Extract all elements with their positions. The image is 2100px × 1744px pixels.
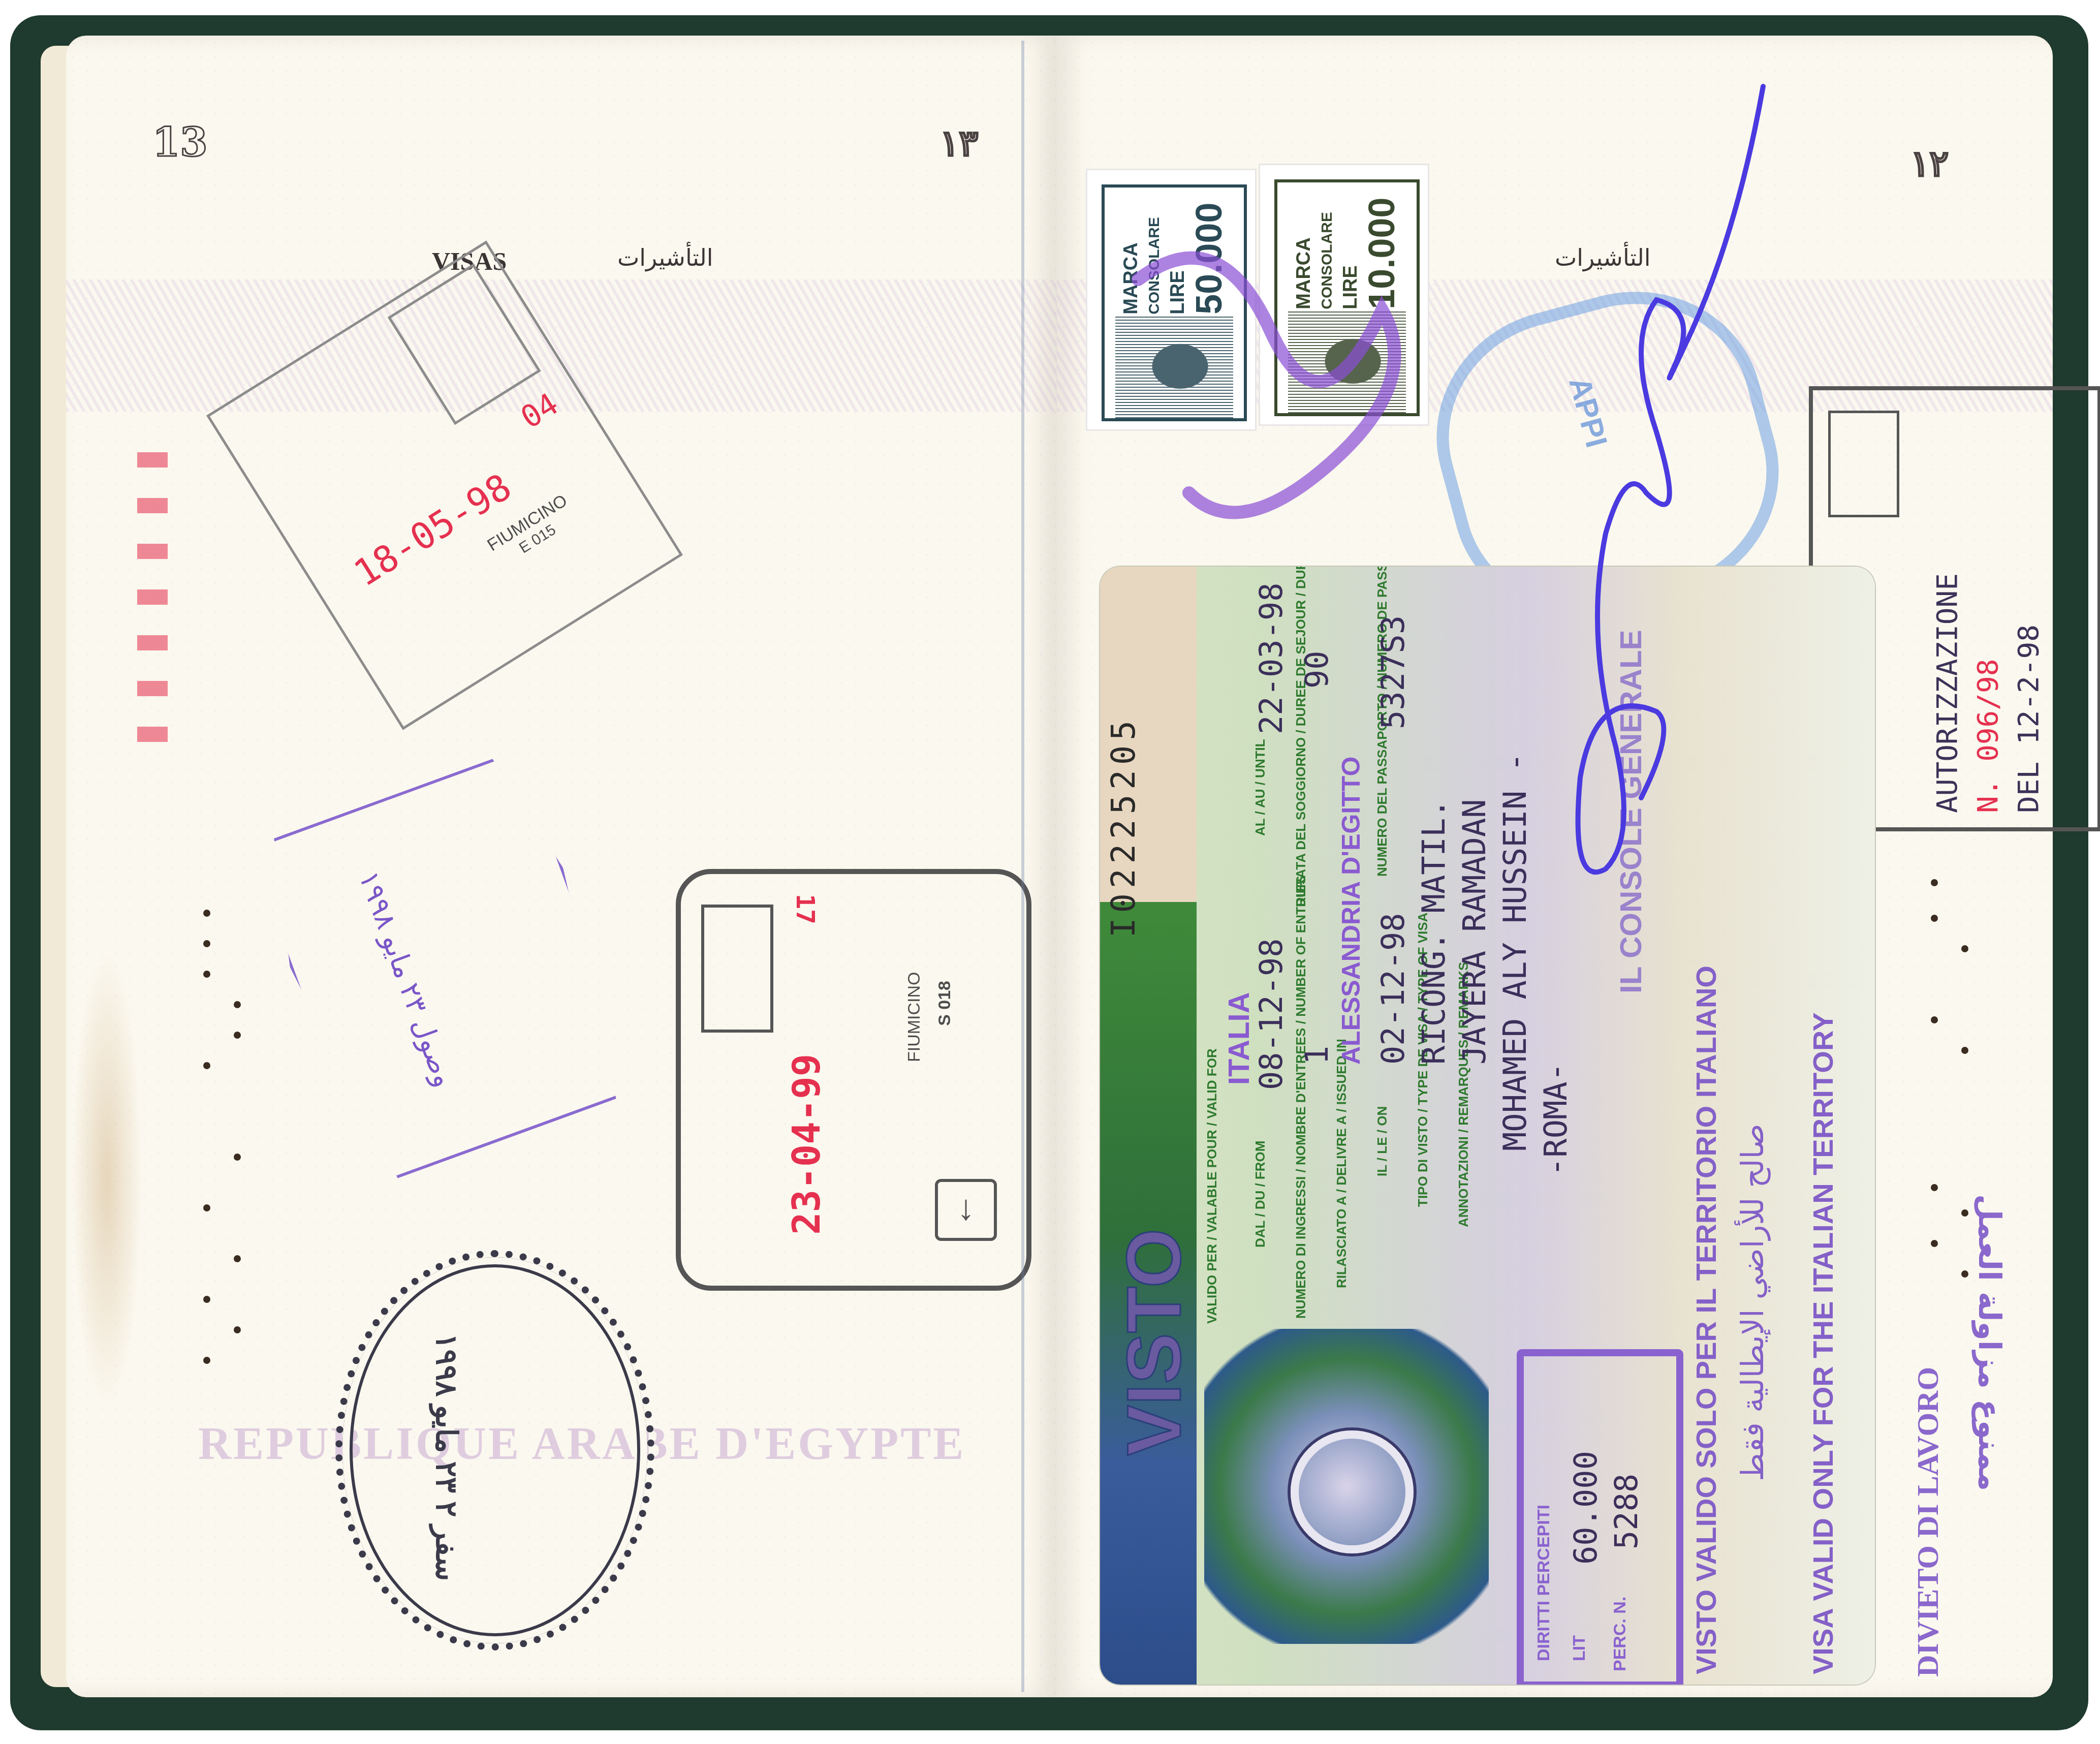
consul-signature (1524, 76, 1839, 940)
page-number-left: 13 (152, 119, 208, 166)
entries-value: 1 (1298, 1014, 1335, 1065)
until-label: AL / AU / UNTIL (1252, 734, 1268, 836)
egypt-arrival-stamp: وصول ٢٣ مايو ١٩٩٨ (246, 749, 643, 1189)
entry-code: 04 (515, 386, 565, 436)
fee-currency: LIT (1570, 1570, 1589, 1661)
exit-date: 23-04-99 (785, 950, 829, 1235)
fiumicino-exit-stamp: 23-04-99 17 FIUMICINO S 018 ↓ (676, 869, 1031, 1291)
egypt-departure-stamp: سفر ٢ ٢٣ مايو ١٩٩٨ (335, 1250, 654, 1650)
issued-on-label: IL / LE / ON (1374, 1075, 1390, 1176)
remarks-label: ANNOTAZIONI / REMARQUES / REMARKS (1456, 1075, 1471, 1227)
fee-amount: 60.000 (1567, 1372, 1604, 1565)
page-number-right: ١٢ (1910, 142, 1949, 184)
hologram-emblem-icon (1291, 1430, 1414, 1553)
departure-stamp-text: سفر ٢ ٢٣ مايو ١٩٩٨ (429, 1333, 463, 1581)
validity-arabic: صالح للأراضي الإيطالية فقط (1735, 1024, 1771, 1481)
exit-arrow-icon: ↓ (935, 1179, 997, 1241)
authorization-line-3: DEL 12-2-98 (2012, 356, 2045, 813)
remarks-line: -ROMA- (1537, 1024, 1574, 1176)
left-page: 13 ١٣ VISAS التأشيرات 18-05-98 04 FIUMIC… (66, 36, 1057, 1697)
remarks-line: JAYERA RAMADAN (1456, 719, 1493, 1065)
from-label: DAL / DU / FROM (1252, 1095, 1268, 1248)
passport-number-label: NUMERO DEL PASSAPORTO / NUMERO DE PASSEP… (1374, 734, 1390, 877)
exit-code: 17 (791, 894, 820, 924)
fee-paid-stamp: DIRITTI PERCEPITI LIT 60.000 PERC. N. 52… (1517, 1349, 1683, 1685)
valid-for-label: VALIDO PER / VALABLE POUR / VALID FOR (1204, 1100, 1219, 1324)
visa-number: I02225205 (1105, 582, 1143, 938)
duration-label: DURATA DEL SOGGIORNO / DUREE DE SEJOUR /… (1293, 694, 1308, 907)
passport-number-value: 5327S3 (1374, 577, 1412, 729)
valid-for-value: ITALIA (1222, 922, 1256, 1085)
faint-red-stamp (137, 452, 168, 767)
visa-type-value: RICONG. MATIL. (1415, 760, 1452, 1065)
issued-in-label: RILASCIATO A / DELIVRE A / ISSUED IN (1334, 1075, 1349, 1288)
until-value: 22-03-98 (1252, 582, 1290, 734)
receipt-label: PERC. N. (1610, 1560, 1630, 1671)
work-prohibited-stamp: DIVIETO DI LAVORO (1910, 1194, 1946, 1677)
authorization-line-1: AUTORIZZAZIONE (1931, 356, 1964, 813)
authorization-line-2: N. 096/98 (1971, 356, 2004, 813)
receipt-number: 5288 (1608, 1387, 1645, 1549)
from-value: 08-12-98 (1252, 897, 1290, 1090)
arrival-stamp-text: وصول ٢٣ مايو ١٩٩٨ (353, 867, 460, 1091)
duration-value: 90 (1298, 628, 1335, 689)
page-number-left-arabic: ١٣ (940, 122, 978, 164)
exit-place: FIUMICINO (904, 966, 924, 1062)
visa-type-label: TIPO DI VISTO / TYPE DE VISA / TYPE OF V… (1415, 1075, 1430, 1207)
entries-label: NUMERO DI INGRESSI / NOMBRE D'ENTREES / … (1293, 1075, 1308, 1319)
work-prohibited-stamp-arabic: ممنوع مزاولة العمل (1971, 1194, 2007, 1677)
visas-header-arabic: التأشيرات (617, 244, 713, 271)
fee-label: DIRITTI PERCEPITI (1534, 1366, 1554, 1661)
issued-on-value: 02-12-98 (1374, 892, 1412, 1065)
spine-line-left (1021, 41, 1024, 1692)
airplane-icon (701, 905, 773, 1033)
exit-booth: S 018 (935, 981, 955, 1026)
age-stain (71, 950, 142, 1408)
visa-title: VISTO (1110, 1100, 1198, 1456)
entry-date: 18-05-98 (347, 465, 519, 595)
cancellation-scribble (1118, 178, 1474, 534)
eu-hologram (1204, 1329, 1489, 1644)
issued-in-value: ALESSANDRIA D'EGITTO (1336, 719, 1366, 1065)
